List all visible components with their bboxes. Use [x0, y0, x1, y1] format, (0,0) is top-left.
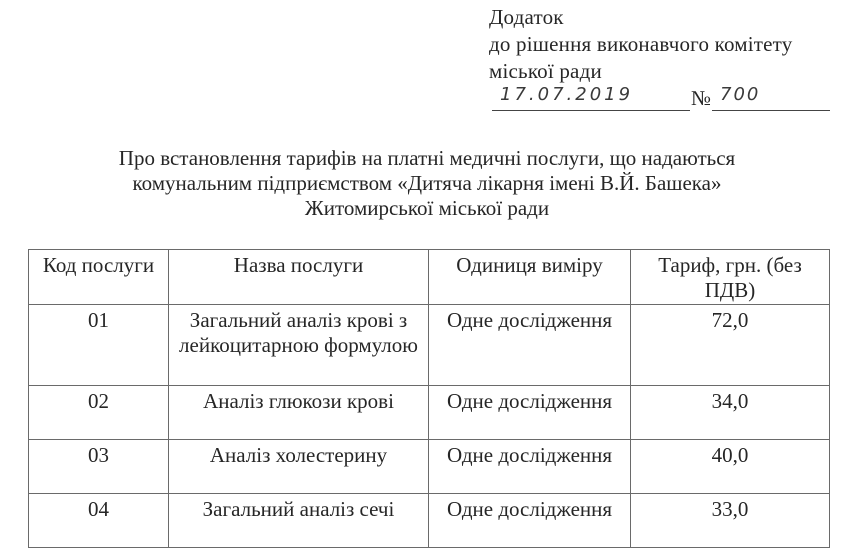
cell-code: 02: [29, 386, 169, 440]
cell-tariff: 34,0: [631, 386, 830, 440]
cell-unit: Одне дослідження: [429, 494, 631, 548]
annex-line-title: Додаток: [489, 4, 792, 31]
date-underline: [492, 110, 690, 111]
cell-name: Загальний аналіз сечі: [169, 494, 429, 548]
decision-date-number: 17.07.2019 № 700: [492, 84, 832, 114]
table-row: 03 Аналіз холестерину Одне дослідження 4…: [29, 440, 830, 494]
cell-code: 03: [29, 440, 169, 494]
header-unit: Одиниця виміру: [429, 250, 631, 305]
table-header-row: Код послуги Назва послуги Одиниця виміру…: [29, 250, 830, 305]
annex-line-decision: до рішення виконавчого комітету: [489, 31, 792, 58]
decision-number: 700: [720, 84, 760, 105]
cell-code: 01: [29, 305, 169, 386]
number-underline: [712, 110, 830, 111]
decision-date: 17.07.2019: [500, 84, 633, 105]
table-row: 02 Аналіз глюкози крові Одне дослідження…: [29, 386, 830, 440]
cell-tariff: 40,0: [631, 440, 830, 494]
cell-unit: Одне дослідження: [429, 440, 631, 494]
table-row: 04 Загальний аналіз сечі Одне дослідженн…: [29, 494, 830, 548]
cell-unit: Одне дослідження: [429, 305, 631, 386]
title-line-1: Про встановлення тарифів на платні медич…: [0, 146, 854, 171]
header-code: Код послуги: [29, 250, 169, 305]
title-line-3: Житомирської міської ради: [0, 196, 854, 221]
cell-code: 04: [29, 494, 169, 548]
cell-unit: Одне дослідження: [429, 386, 631, 440]
cell-name: Аналіз холестерину: [169, 440, 429, 494]
number-sign: №: [691, 86, 711, 111]
header-name: Назва послуги: [169, 250, 429, 305]
document-title: Про встановлення тарифів на платні медич…: [0, 146, 854, 221]
cell-name: Аналіз глюкози крові: [169, 386, 429, 440]
table-row: 01 Загальний аналіз крові з лейкоцитарно…: [29, 305, 830, 386]
title-line-2: комунальним підприємством «Дитяча лікарн…: [0, 171, 854, 196]
cell-tariff: 72,0: [631, 305, 830, 386]
tariffs-table: Код послуги Назва послуги Одиниця виміру…: [28, 249, 830, 548]
cell-name: Загальний аналіз крові з лейкоцитарною ф…: [169, 305, 429, 386]
header-tariff: Тариф, грн. (без ПДВ): [631, 250, 830, 305]
cell-tariff: 33,0: [631, 494, 830, 548]
annex-line-council: міської ради: [489, 58, 792, 85]
annex-header: Додаток до рішення виконавчого комітету …: [489, 4, 792, 85]
